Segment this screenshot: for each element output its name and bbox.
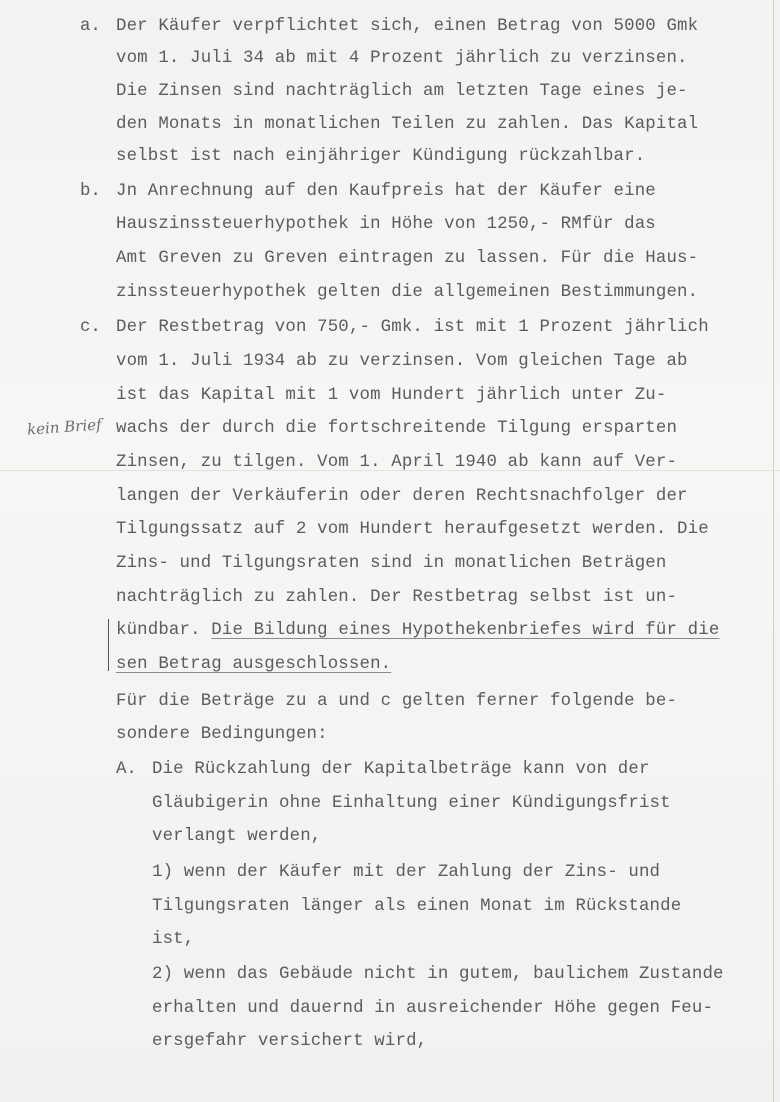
text-line: ist,: [152, 930, 194, 950]
paper-edge: [773, 0, 774, 1102]
text-line: Die Rückzahlung der Kapitalbeträge kann …: [152, 760, 650, 780]
text-line: wachs der durch die fortschreitende Tilg…: [116, 419, 677, 439]
text-line: Tilgungssatz auf 2 vom Hundert heraufges…: [116, 520, 709, 540]
text-line: Die Zinsen sind nachträglich am letzten …: [116, 82, 688, 102]
text-line: Für die Beträge zu a und c gelten ferner…: [116, 692, 677, 712]
text-line: verlangt werden,: [152, 827, 321, 847]
text-line: Der Käufer verpflichtet sich, einen Betr…: [116, 17, 698, 37]
text-line: Hauszinssteuerhypothek in Höhe von 1250,…: [116, 215, 656, 235]
text-line: kündbar. Die Bildung eines Hypothekenbri…: [116, 621, 719, 641]
text-line: Zinsen, zu tilgen. Vom 1. April 1940 ab …: [116, 453, 677, 473]
text-line: nachträglich zu zahlen. Der Restbetrag s…: [116, 588, 677, 608]
section-marker-a: a.: [80, 17, 101, 37]
text-line: selbst ist nach einjähriger Kündigung rü…: [116, 147, 645, 167]
clause-marker-A: A.: [116, 760, 137, 780]
text-line: zinssteuerhypothek gelten die allgemeine…: [116, 283, 698, 303]
text-line: 2) wenn das Gebäude nicht in gutem, baul…: [152, 965, 724, 985]
text-line: langen der Verkäuferin oder deren Rechts…: [116, 487, 688, 507]
section-marker-b: b.: [80, 182, 101, 202]
underlined-text: Die Bildung eines Hypothekenbriefes wird…: [211, 621, 719, 640]
underlined-text: sen Betrag ausgeschlossen.: [116, 655, 391, 675]
text-fragment: kündbar.: [116, 621, 211, 640]
text-line: Tilgungsraten länger als einen Monat im …: [152, 897, 681, 917]
text-line: den Monats in monatlichen Teilen zu zahl…: [116, 115, 698, 135]
text-line: Amt Greven zu Greven eintragen zu lassen…: [116, 249, 698, 269]
margin-bar-mark: [108, 619, 109, 671]
text-line: sondere Bedingungen:: [116, 725, 328, 745]
text-line: Der Restbetrag von 750,- Gmk. ist mit 1 …: [116, 318, 709, 338]
text-line: Jn Anrechnung auf den Kaufpreis hat der …: [116, 182, 656, 202]
text-line: ersgefahr versichert wird,: [152, 1032, 427, 1052]
text-line: Gläubigerin ohne Einhaltung einer Kündig…: [152, 794, 671, 814]
text-line: ist das Kapital mit 1 vom Hundert jährli…: [116, 386, 666, 406]
handwritten-margin-note: kein Brief: [26, 416, 102, 439]
text-line: vom 1. Juli 1934 ab zu verzinsen. Vom gl…: [116, 352, 688, 372]
section-marker-c: c.: [80, 318, 101, 338]
text-line: Zins- und Tilgungsraten sind in monatlic…: [116, 554, 666, 574]
text-line: 1) wenn der Käufer mit der Zahlung der Z…: [152, 863, 660, 883]
text-line: erhalten und dauernd in ausreichender Hö…: [152, 999, 713, 1019]
text-line: vom 1. Juli 34 ab mit 4 Prozent jährlich…: [116, 49, 688, 69]
document-page: a. Der Käufer verpflichtet sich, einen B…: [0, 0, 780, 1102]
